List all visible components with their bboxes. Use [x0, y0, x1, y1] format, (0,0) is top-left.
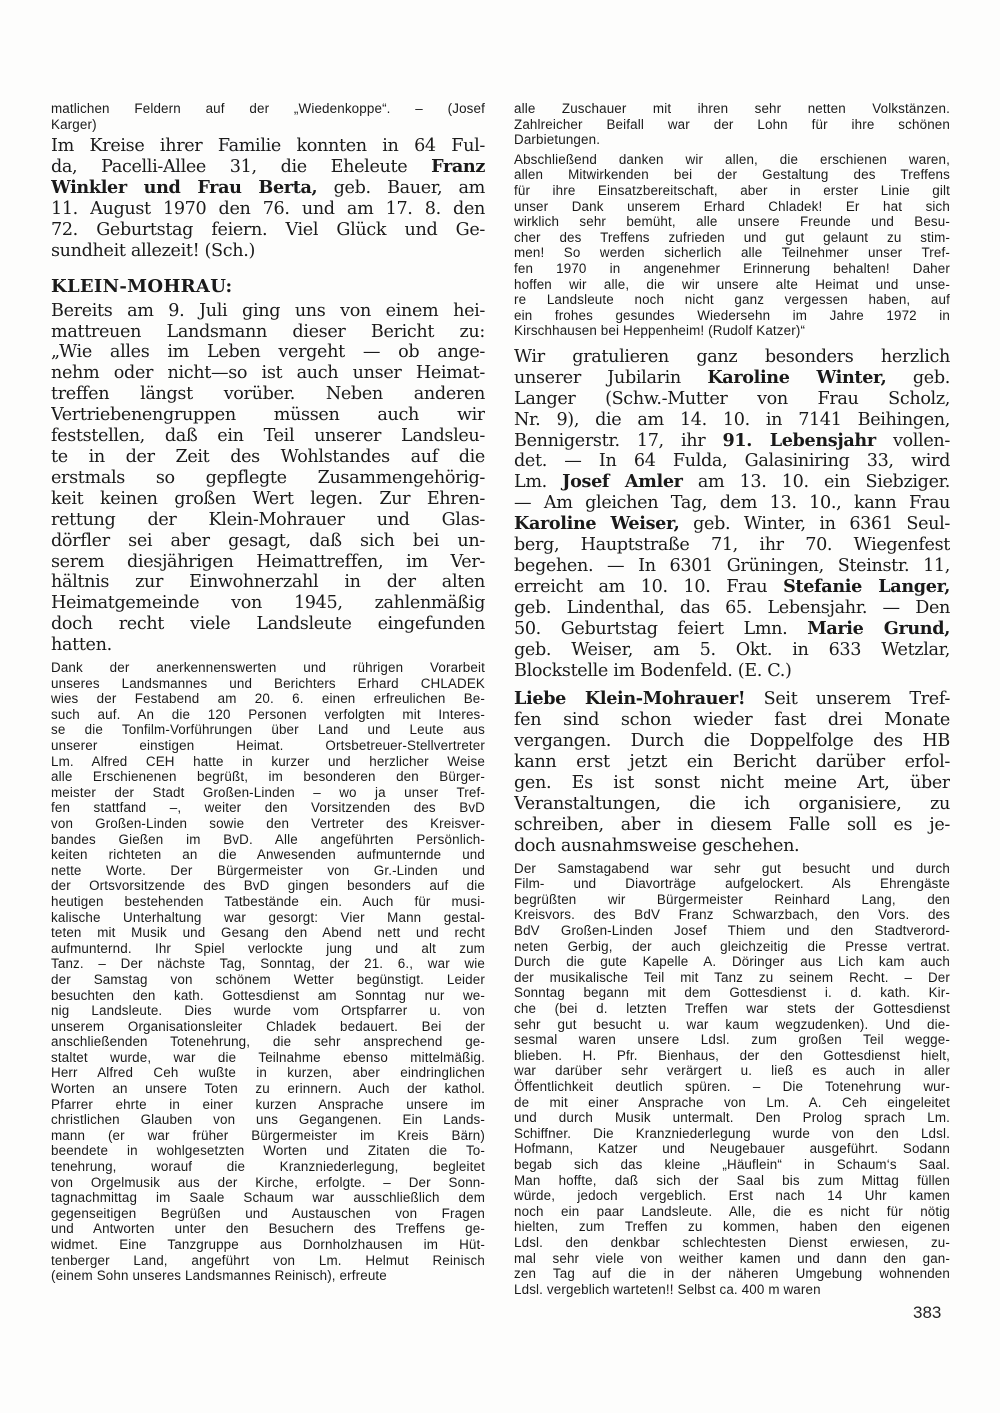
text-segment: 11. August 1970 den 76. und am 17. 8. de… — [51, 199, 485, 219]
text-line: erreicht am 10. 10. Frau Stefanie Langer… — [514, 577, 950, 598]
text-line: Der Samstagabend war sehr gut besucht un… — [514, 861, 950, 877]
text-line: hältnis zur Einwohnerzahl in der alten — [51, 572, 485, 593]
text-segment: erreicht am 10. 10. Frau — [514, 577, 783, 597]
text-line: hoffen wir alle, die wir unsere alte Hei… — [514, 277, 950, 293]
text-line: hielten, zum Treffen zu kommen, haben de… — [514, 1219, 950, 1235]
text-line: doch recht viele Landsleute eingefunden — [51, 614, 485, 635]
text-segment: Wir gratulieren ganz besonders herzlich — [514, 347, 950, 367]
text-segment: Langer (Schw.-Mutter von Frau Scholz, — [514, 389, 950, 409]
text-line: würde, jedoch vergeblich. Erst nach 14 U… — [514, 1188, 950, 1204]
birthday-notice-winkler: Im Kreise ihrer Familie konnten in 64 Fu… — [51, 136, 485, 261]
text-line: bandes Gießen im BvD. Alle angeführten P… — [51, 832, 485, 848]
text-line: unserer Jubilarin Karoline Winter, geb. — [514, 368, 950, 389]
letter-intro: Liebe Klein-Mohrauer! Seit unserem Tref-… — [514, 689, 950, 856]
text-line: sesmal waren unsere Ldsl. zum großen Tei… — [514, 1032, 950, 1048]
text-line: treffen längst vorüber. Neben anderen — [51, 384, 485, 405]
text-line: gen. Es ist sonst nicht meine Art, über — [514, 773, 950, 794]
text-segment: schreiben, aber in diesem Falle soll es … — [514, 815, 950, 835]
text-segment: — Am gleichen Tag, dem 13. 10., kann Fra… — [514, 493, 950, 513]
emphasized-name: Josef Amler — [562, 472, 682, 492]
text-line: blieben. H. Pfr. Bienhaus, der den Gotte… — [514, 1048, 950, 1064]
text-line: noch ein paar Landsleute. Alle, die es n… — [514, 1204, 950, 1220]
text-line: te in der Zeit des Wohlstandes auf die — [51, 447, 485, 468]
newspaper-page: matlichen Feldern auf der „Wiedenkoppe“.… — [0, 0, 1000, 1413]
text-line: Man hoffte, daß sich der Saal bis zum Mi… — [514, 1173, 950, 1189]
text-line: Blockstelle im Bodenfeld. (E. C.) — [514, 661, 950, 682]
emphasized-name: Liebe Klein-Mohrauer! — [514, 689, 745, 709]
emphasized-name: 91. Lebensjahr — [722, 431, 875, 451]
text-line: rettung der Klein-Mohrauer und Glas- — [51, 510, 485, 531]
text-line: aufmunternd. Ihr Spiel verlockte jung un… — [51, 941, 485, 957]
text-line: „Wie alles im Leben vergeht — ob ange- — [51, 342, 485, 363]
text-line: kalische Unterhaltung war gesorgt: Vier … — [51, 910, 485, 926]
text-line: alle Erschienenen begrüßt, im besonderen… — [51, 769, 485, 785]
text-line: erstmals so gepflegte Zusammengehörig- — [51, 468, 485, 489]
text-segment: geb. Winter, in 6361 Seul- — [679, 514, 950, 534]
text-line: de mit einer Ansprache von Lm. A. Ceh ei… — [514, 1095, 950, 1111]
text-line: keit keinen großen Wert legen. Zur Ehren… — [51, 489, 485, 510]
text-line: von Großen-Linden sowie den Vertreter de… — [51, 816, 485, 832]
text-line: nehm oder nicht—so ist auch unser Heimat… — [51, 363, 485, 384]
text-line: Veranstaltungen, die ich organisiere, zu — [514, 794, 950, 815]
text-line: der Ortsvorsitzende des BvD gingen beson… — [51, 878, 485, 894]
text-line: schreiben, aber in diesem Falle soll es … — [514, 815, 950, 836]
text-line: Bereits am 9. Juli ging uns von einem he… — [51, 301, 485, 322]
text-line: kann erst jetzt ein Bericht darüber erfo… — [514, 752, 950, 773]
text-line: Hofmann, Katzer und Neugebauer ausgeführ… — [514, 1141, 950, 1157]
text-line: widmet. Eine Tanzgruppe aus Dornholzhaus… — [51, 1237, 485, 1253]
text-line: feststellen, daß ein Teil unserer Landsl… — [51, 426, 485, 447]
intro-continuation: matlichen Feldern auf der „Wiedenkoppe“.… — [51, 101, 485, 132]
text-line: Schiffner. Die Kranzniederlegung wurde v… — [514, 1126, 950, 1142]
letter-body: Der Samstagabend war sehr gut besucht un… — [514, 861, 950, 1298]
text-segment: doch ausnahmsweise geschehen. — [514, 836, 799, 856]
text-segment: fen sind schon wieder fast drei Monate — [514, 710, 950, 730]
text-line: 50. Geburtstag feiert Lmn. Marie Grund, — [514, 619, 950, 640]
page-number: 383 — [913, 1303, 941, 1323]
text-line: Vertriebenengruppen müssen auch wir — [51, 405, 485, 426]
text-line: besuchten den kath. Gottesdienst am Sonn… — [51, 988, 485, 1004]
text-line: fen sind schon wieder fast drei Monate — [514, 710, 950, 731]
text-line: unser Dank unserem Erhard Chladek! Er ha… — [514, 199, 950, 215]
text-line: Lm. Josef Amler am 13. 10. ein Siebziger… — [514, 472, 950, 493]
text-line: Im Kreise ihrer Familie konnten in 64 Fu… — [51, 136, 485, 157]
text-line: Winkler und Frau Berta, geb. Bauer, am — [51, 178, 485, 199]
text-line: meister der Stadt Großen-Linden – wo ja … — [51, 785, 485, 801]
text-segment: kann erst jetzt ein Bericht darüber erfo… — [514, 752, 950, 772]
emphasized-name: Karoline Winter, — [707, 368, 886, 388]
text-line: fen 1970 in angenehmer Erinnerung behalt… — [514, 261, 950, 277]
emphasized-name: Winkler und Frau Berta, — [51, 178, 317, 198]
text-segment: 50. Geburtstag feiert Lmn. — [514, 619, 807, 639]
text-segment: geb. Lindenthal, das 65. Lebensjahr. — D… — [514, 598, 950, 618]
text-line: mann (er war früher Bürgermeister im Kre… — [51, 1128, 485, 1144]
text-segment: Seit unserem Tref- — [745, 689, 950, 709]
right-column: alle Zuschauer mit ihren sehr netten Vol… — [514, 101, 950, 1297]
text-line: Heimatgemeinde von 1945, zahlenmäßig — [51, 593, 485, 614]
text-segment: gen. Es ist sonst nicht meine Art, über — [514, 773, 950, 793]
emphasized-name: Franz — [431, 157, 485, 177]
emphasized-name: Karoline Weiser, — [514, 514, 679, 534]
text-line: neten Gerbig, der auch gleichzeitig die … — [514, 939, 950, 955]
emphasized-name: Marie Grund, — [807, 619, 950, 639]
text-line: mal sehr viele von weither kamen und dan… — [514, 1251, 950, 1267]
text-line: geb. Weiser, am 5. Okt. in 633 Wetzlar, — [514, 640, 950, 661]
text-line: Darbietungen. — [514, 132, 950, 148]
congratulations-notice: Wir gratulieren ganz besonders herzlichu… — [514, 347, 950, 682]
text-line: und durch Musik untermalt. Den Prolog sp… — [514, 1110, 950, 1126]
text-segment: sundheit allezeit! (Sch.) — [51, 241, 255, 261]
text-line: keiten richteten an die Anwesenden aufmu… — [51, 847, 485, 863]
text-line: Langer (Schw.-Mutter von Frau Scholz, — [514, 389, 950, 410]
text-line: beendete in wohlgesetzten Worten und Zit… — [51, 1143, 485, 1159]
text-line: Herr Alfred Ceh wußte in kurzen, aber ei… — [51, 1065, 485, 1081]
text-line: alle Zuschauer mit ihren sehr netten Vol… — [514, 101, 950, 117]
text-segment: Im Kreise ihrer Familie konnten in 64 Fu… — [51, 136, 485, 156]
text-line: sundheit allezeit! (Sch.) — [51, 241, 485, 262]
report-intro: Bereits am 9. Juli ging uns von einem he… — [51, 301, 485, 656]
text-segment: geb. — [886, 368, 950, 388]
text-line: tenehrung, worauf die Kranzniederlegung,… — [51, 1159, 485, 1175]
report-closing: Abschließend danken wir allen, die ersch… — [514, 152, 950, 339]
left-column: matlichen Feldern auf der „Wiedenkoppe“.… — [51, 101, 485, 1284]
text-line: Zahlreicher Beifall war der Lohn für ihr… — [514, 117, 950, 133]
text-line: mattreuen Landsmann dieser Bericht zu: — [51, 322, 485, 343]
text-line: war darüber sehr verärgert u. ließ es au… — [514, 1063, 950, 1079]
text-line: unseres Landsmannes und Berichters Erhar… — [51, 676, 485, 692]
text-line: sehr gut besucht u. war kaum wegzudenken… — [514, 1017, 950, 1033]
section-heading-klein-mohrau: KLEIN-MOHRAU: — [51, 276, 485, 298]
report-continued: alle Zuschauer mit ihren sehr netten Vol… — [514, 101, 950, 148]
text-line: dörfler sei aber gesagt, daß sich bei un… — [51, 531, 485, 552]
text-line: für ihre Einsatzbereitschaft, aber in er… — [514, 183, 950, 199]
text-line: nette Worte. Der Bürgermeister von Gr.-L… — [51, 863, 485, 879]
text-segment: da, Pacelli-Allee 31, die Eheleute — [51, 157, 431, 177]
text-segment: Bennigerstr. 17, ihr — [514, 431, 722, 451]
text-line: se die Tonfilm-Vorführungen über Land un… — [51, 722, 485, 738]
text-line: der musikalische Teil mit Tanz zu seinem… — [514, 970, 950, 986]
text-line: geb. Lindenthal, das 65. Lebensjahr. — D… — [514, 598, 950, 619]
text-line: hatten. — [51, 635, 485, 656]
text-line: Sonntag begann mit dem Gottesdienst i. d… — [514, 985, 950, 1001]
text-line: det. — In 64 Fulda, Galasiniring 33, wir… — [514, 451, 950, 472]
text-line: Karoline Weiser, geb. Winter, in 6361 Se… — [514, 514, 950, 535]
text-line: wies der Festabend am 20. 6. einen erfre… — [51, 691, 485, 707]
text-segment: 72. Geburtstag feiern. Viel Glück und Ge… — [51, 220, 485, 240]
text-line: wirklich sehr bemüht, alle unsere Freund… — [514, 214, 950, 230]
text-line: Liebe Klein-Mohrauer! Seit unserem Tref- — [514, 689, 950, 710]
text-line: — Am gleichen Tag, dem 13. 10., kann Fra… — [514, 493, 950, 514]
text-line: Öffentlichkeit deutlich spüren. – Die To… — [514, 1079, 950, 1095]
text-line: begehen. — In 6301 Grüningen, Steinstr. … — [514, 556, 950, 577]
text-line: Abschließend danken wir allen, die ersch… — [514, 152, 950, 168]
text-line: matlichen Feldern auf der „Wiedenkoppe“.… — [51, 101, 485, 117]
text-line: (einem Sohn unseres Landsmannes Reinisch… — [51, 1268, 485, 1284]
text-segment: vollen- — [876, 431, 950, 451]
text-line: Pfarrer ehrte in einer kurzen Ansprache … — [51, 1097, 485, 1113]
emphasized-name: Stefanie Langer, — [783, 577, 950, 597]
text-line: ein frohes gesundes Wiedersehn im Jahre … — [514, 308, 950, 324]
report-body: Dank der anerkennenswerten und rührigen … — [51, 660, 485, 1284]
text-line: such auf. An die 120 Personen verfolgten… — [51, 707, 485, 723]
text-line: von Orgelmusik aus der Kirche, erfolgte.… — [51, 1175, 485, 1191]
text-line: der Samstag von schönem Wetter begünstig… — [51, 972, 485, 988]
text-line: begab sich das kleine „Häuflein“ in Scha… — [514, 1157, 950, 1173]
text-segment: det. — In 64 Fulda, Galasiniring 33, wir… — [514, 451, 950, 471]
text-line: Kreisvors. des BdV Franz Schwarzbach, de… — [514, 907, 950, 923]
text-line: Tanz. – Der nächste Tag, Sonntag, der 21… — [51, 956, 485, 972]
text-line: fen stattfand –, weiter den Vorsitzenden… — [51, 800, 485, 816]
text-line: christlichen Glauben von uns Gegangenen.… — [51, 1112, 485, 1128]
text-segment: vergangen. Durch die Doppelfolge des HB — [514, 731, 950, 751]
text-line: serem diesjährigen Heimattreffen, im Ver… — [51, 552, 485, 573]
text-segment: Lm. — [514, 472, 562, 492]
text-segment: berg, Hauptstraße 71, ihr 70. Wiegenfest — [514, 535, 950, 555]
text-line: anschließenden Totenehrung, die sehr ans… — [51, 1034, 485, 1050]
text-line: und Antworten unter den Besuchern des Tr… — [51, 1221, 485, 1237]
text-segment: am 13. 10. ein Siebziger. — [683, 472, 950, 492]
text-line: doch ausnahmsweise geschehen. — [514, 836, 950, 857]
text-line: heutigen bestehenden Tatbestände ein. Au… — [51, 894, 485, 910]
text-line: unserem Organisationsleiter Chladek beda… — [51, 1019, 485, 1035]
text-segment: Nr. 9), die am 14. 10. in 7141 Beihingen… — [514, 410, 950, 430]
text-line: che (bei d. letzten Treffen war stets de… — [514, 1001, 950, 1017]
text-line: Nr. 9), die am 14. 10. in 7141 Beihingen… — [514, 410, 950, 431]
text-line: gegenseitigen Begrüßen und Austauschen v… — [51, 1206, 485, 1222]
text-line: Ldsl. den denkbar schlechtesten Dienst e… — [514, 1235, 950, 1251]
text-segment: unserer Jubilarin — [514, 368, 707, 388]
text-line: re Landsleute noch nicht ganz vergessen … — [514, 292, 950, 308]
text-line: Dank der anerkennenswerten und rührigen … — [51, 660, 485, 676]
text-segment: geb. Weiser, am 5. Okt. in 633 Wetzlar, — [514, 640, 950, 660]
text-line: Bennigerstr. 17, ihr 91. Lebensjahr voll… — [514, 431, 950, 452]
text-line: unserer einstigen Heimat. Ortsbetreuer-S… — [51, 738, 485, 754]
text-line: vergangen. Durch die Doppelfolge des HB — [514, 731, 950, 752]
text-line: tagnachmittag im Saale Schaum war aussch… — [51, 1190, 485, 1206]
text-line: Film- und Diavorträge aufgelockert. Als … — [514, 876, 950, 892]
text-line: tenberger Land, angeführt von Lm. Helmut… — [51, 1253, 485, 1269]
text-segment: Blockstelle im Bodenfeld. (E. C.) — [514, 661, 792, 681]
text-line: BdV Großen-Linden Josef Thiem und den St… — [514, 923, 950, 939]
text-line: da, Pacelli-Allee 31, die Eheleute Franz — [51, 157, 485, 178]
text-line: Kirschhausen bei Heppenheim! (Rudolf Kat… — [514, 323, 950, 339]
text-line: men! So werden sicherlich alle Teilnehme… — [514, 245, 950, 261]
text-line: 11. August 1970 den 76. und am 17. 8. de… — [51, 199, 485, 220]
text-line: teten mit Musik und Gesang den Abend net… — [51, 925, 485, 941]
text-line: nig Landsleute. Dies wurde vom Ortspfarr… — [51, 1003, 485, 1019]
text-segment: Veranstaltungen, die ich organisiere, zu — [514, 794, 950, 814]
text-line: staltet wurde, war die Teilnahme ebenso … — [51, 1050, 485, 1066]
text-line: Ldsl. vergeblich warteten!! Selbst ca. 4… — [514, 1282, 950, 1298]
text-line: Durch die gute Kapelle A. Döringer aus L… — [514, 954, 950, 970]
text-line: Karger) — [51, 117, 485, 133]
text-line: Worten an unsere Toten zu erinnern. Auch… — [51, 1081, 485, 1097]
text-line: Lm. Alfred CEH hatte in kurzer und herzl… — [51, 754, 485, 770]
text-line: cher des Treffens zufrieden und gut gela… — [514, 230, 950, 246]
text-line: zen Tag auf die in der näheren Umgebung … — [514, 1266, 950, 1282]
text-line: 72. Geburtstag feiern. Viel Glück und Ge… — [51, 220, 485, 241]
text-line: berg, Hauptstraße 71, ihr 70. Wiegenfest — [514, 535, 950, 556]
text-line: begrüßten wir Bürgermeister Reinhard Lan… — [514, 892, 950, 908]
text-line: allen Mitwirkenden bei der Gestaltung de… — [514, 167, 950, 183]
text-line: Wir gratulieren ganz besonders herzlich — [514, 347, 950, 368]
text-segment: begehen. — In 6301 Grüningen, Steinstr. … — [514, 556, 950, 576]
text-segment: geb. Bauer, am — [317, 178, 485, 198]
